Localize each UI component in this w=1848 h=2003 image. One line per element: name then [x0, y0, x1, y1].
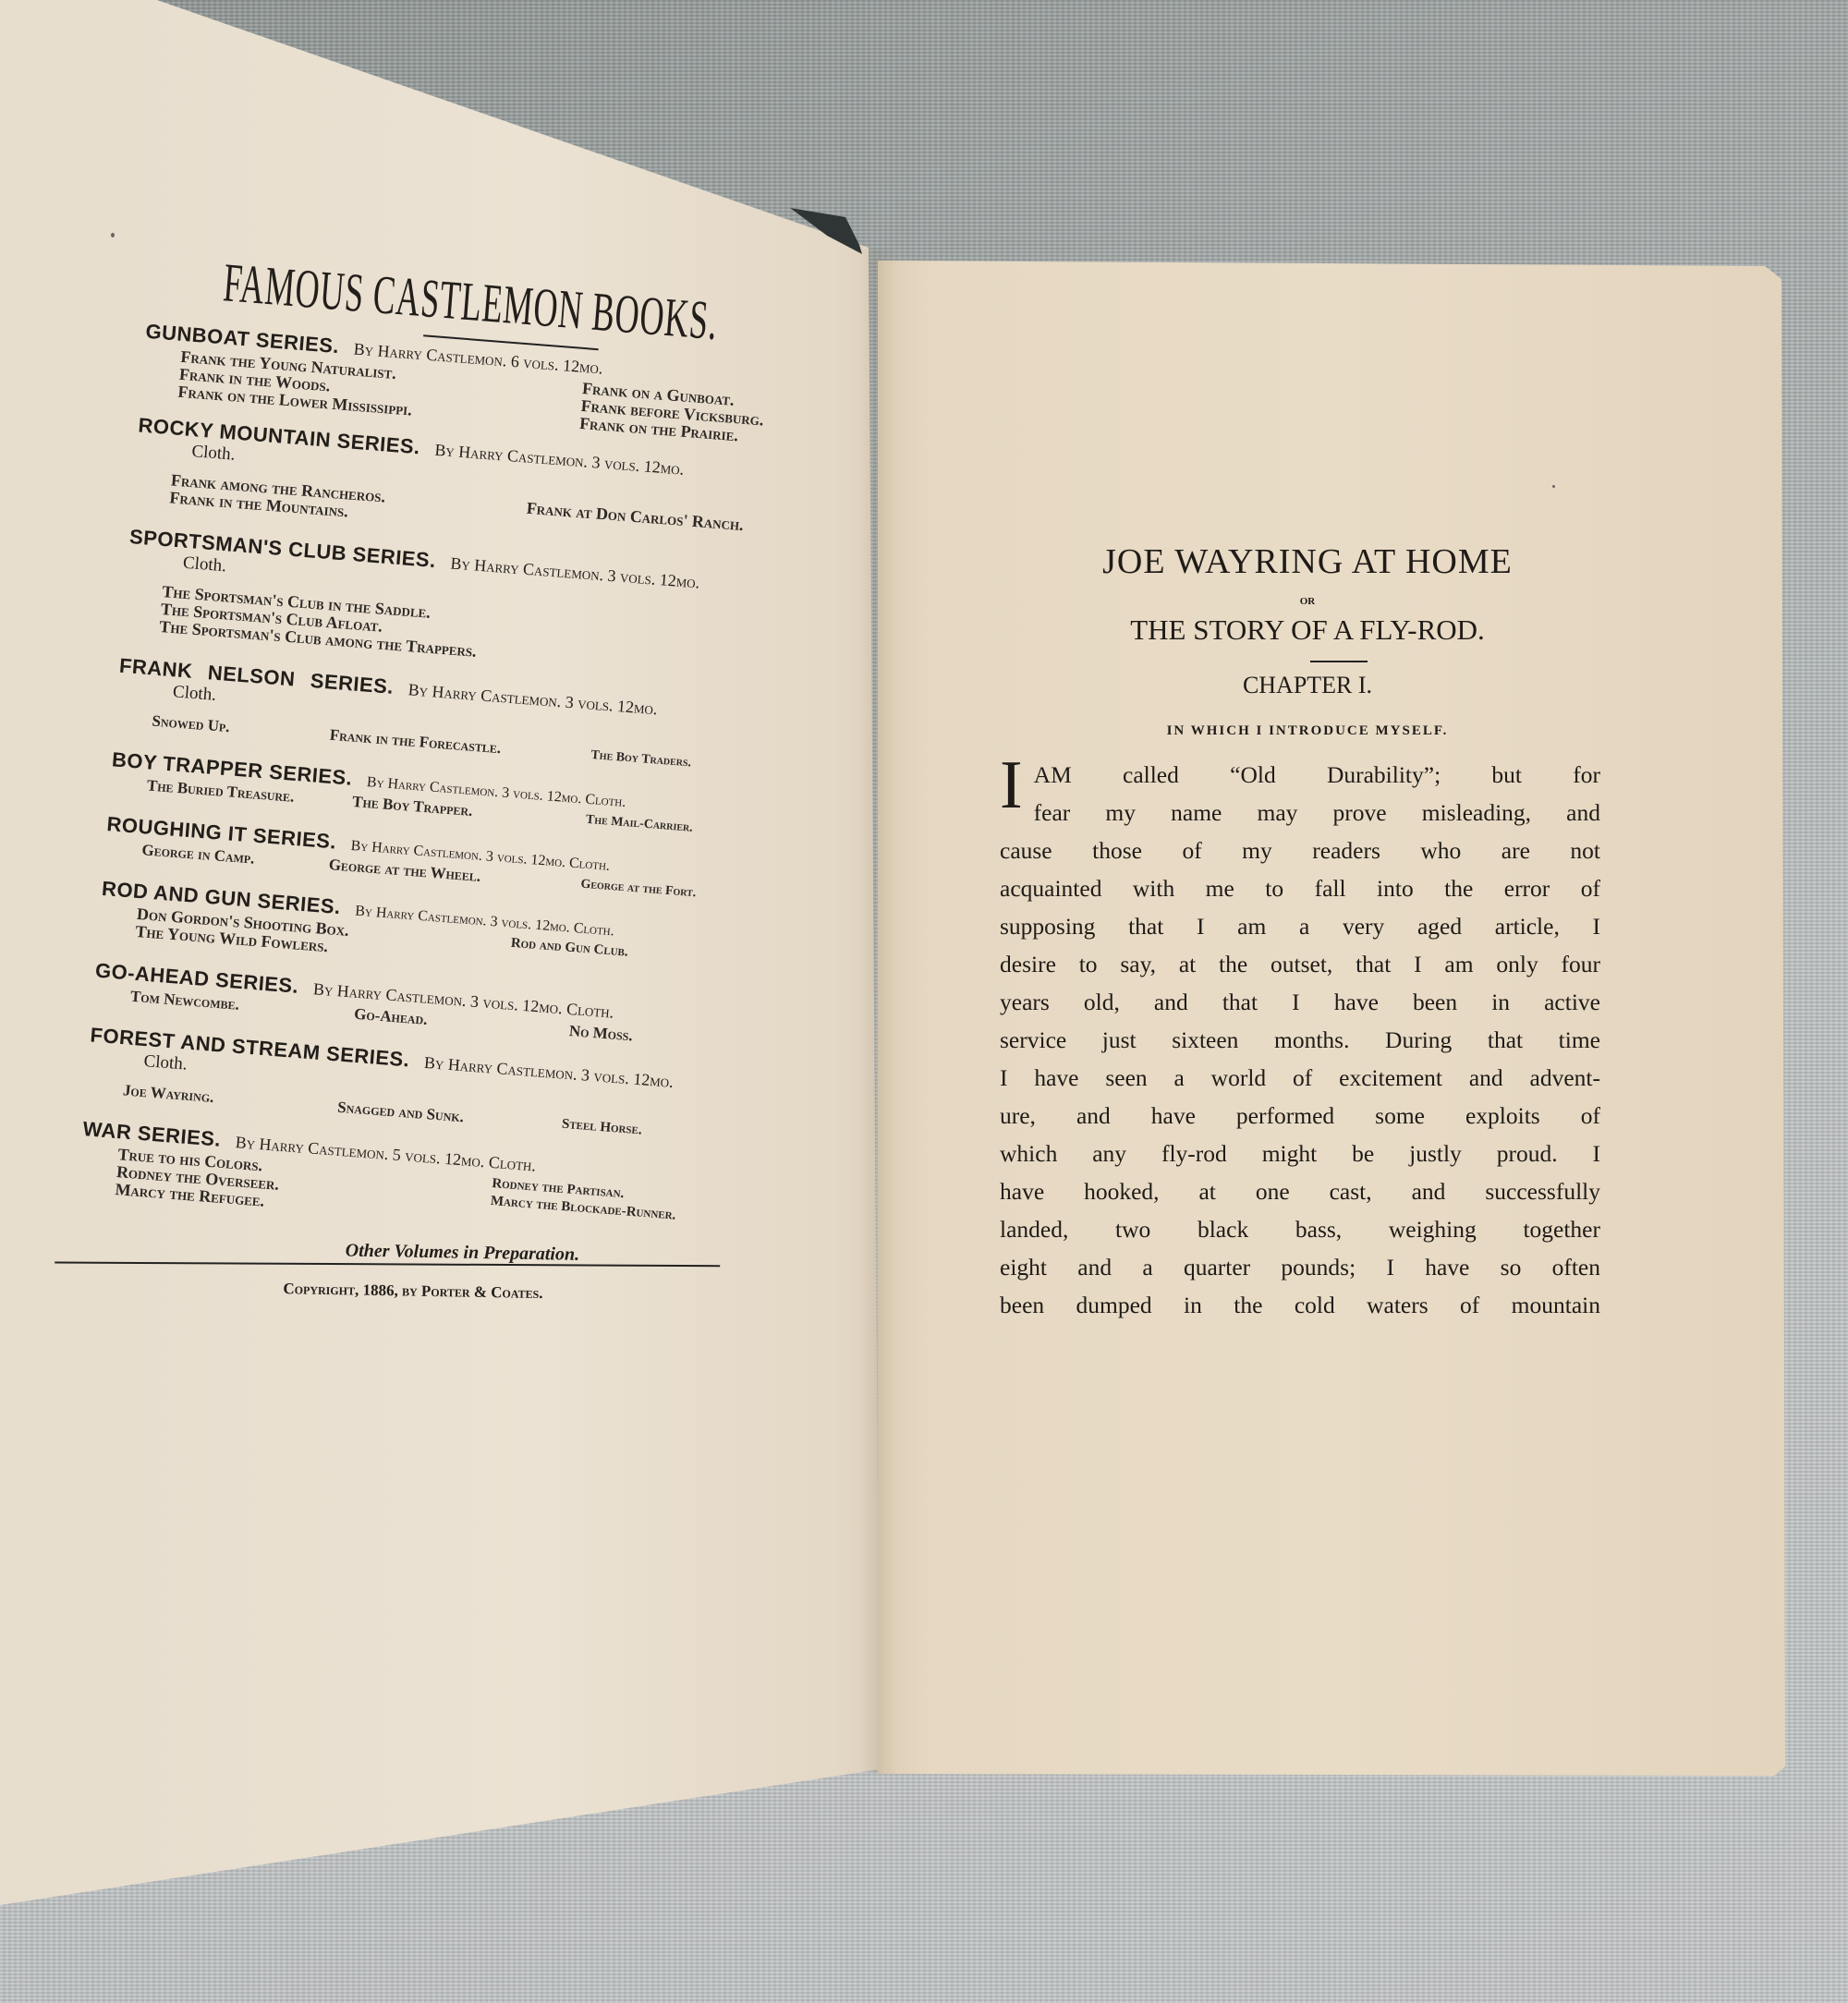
chapter-page: JOE WAYRING AT HOME OR THE STORY OF A FL…: [998, 540, 1599, 1324]
advertisement-page: FAMOUS CASTLEMON BOOKS. GUNBOAT SERIES. …: [71, 245, 815, 1326]
book-gutter: [859, 249, 896, 1774]
book-title: JOE WAYRING AT HOME: [1016, 540, 1599, 583]
body-line: years old, and that I have been in activ…: [1000, 983, 1600, 1021]
paper-speck: [1552, 485, 1555, 488]
body-line: desire to say, at the outset, that I am …: [1000, 945, 1600, 983]
title-conjunction: OR: [1016, 596, 1599, 607]
body-line: service just sixteen months. During that…: [1000, 1021, 1600, 1059]
body-line: supposing that I am a very aged article,…: [1000, 907, 1600, 945]
body-line: I have seen a world of excitement and ad…: [1000, 1059, 1600, 1097]
chapter-divider: [1310, 661, 1368, 662]
body-line: which any fly-rod might be justly proud.…: [1000, 1135, 1600, 1172]
paper-speck: [111, 233, 115, 237]
book-subtitle: THE STORY OF A FLY-ROD.: [1016, 613, 1599, 648]
body-line: landed, two black bass, weighing togethe…: [1000, 1210, 1600, 1248]
drop-cap: I: [1000, 756, 1023, 822]
body-line: been dumped in the cold waters of mounta…: [1000, 1286, 1600, 1324]
body-line: fear my name may prove misleading, and: [1000, 794, 1600, 832]
body-line: acquainted with me to fall into the erro…: [1000, 869, 1600, 907]
body-line: cause those of my readers who are not: [1000, 832, 1600, 869]
chapter-heading: CHAPTER I.: [1016, 672, 1599, 699]
body-line: AM called “Old Durability”; but for: [1000, 756, 1600, 794]
chapter-body: I AM called “Old Durability”; but for fe…: [1000, 756, 1600, 1324]
body-line: have hooked, at one cast, and successful…: [1000, 1172, 1600, 1210]
body-line: eight and a quarter pounds; I have so of…: [1000, 1248, 1600, 1286]
chapter-title: IN WHICH I INTRODUCE MYSELF.: [1016, 723, 1599, 739]
body-line: ure, and have performed some exploits of: [1000, 1097, 1600, 1135]
